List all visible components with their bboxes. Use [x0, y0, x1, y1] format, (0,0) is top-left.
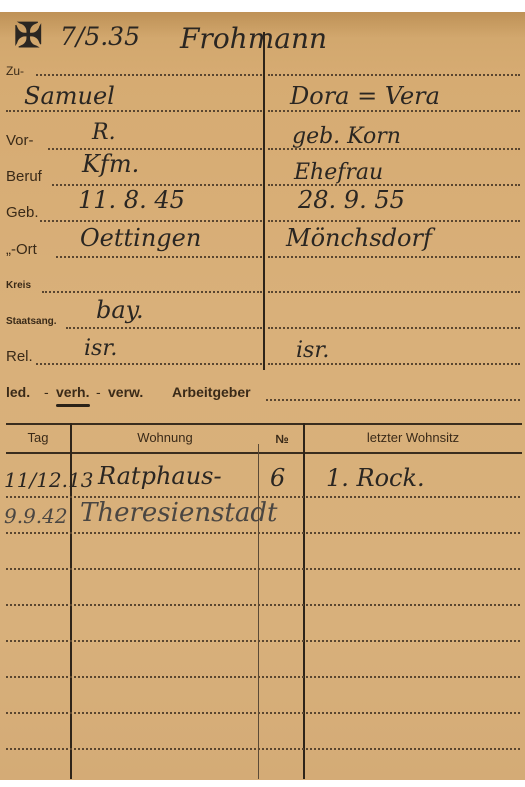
- row1-letzter-wohnsitz: 1. Rock.: [326, 464, 425, 492]
- status-dash: -: [44, 384, 49, 400]
- left-rel: isr.: [84, 336, 117, 361]
- row-dotted-line: [6, 532, 520, 534]
- status-dash: -: [96, 384, 101, 400]
- row2-tag: 9.9.42: [4, 504, 68, 528]
- row-dotted-line: [6, 604, 520, 606]
- dotted-line: [268, 256, 520, 258]
- label-arbeitgeber: Arbeitgeber: [172, 384, 251, 400]
- row-dotted-line: [6, 676, 520, 678]
- label-zu: Zu-: [6, 64, 24, 78]
- label-ort: „-Ort: [6, 241, 37, 258]
- header-number: №: [262, 432, 302, 446]
- right-rel: isr.: [296, 338, 329, 363]
- right-geb: 28. 9. 55: [298, 186, 405, 214]
- right-beruf: Ehefrau: [294, 160, 383, 185]
- row1-tag: 11/12.13: [4, 468, 93, 492]
- row-dotted-line: [6, 568, 520, 570]
- first-name-right: Dora = Vera: [290, 82, 440, 110]
- header-wohnung: Wohnung: [72, 430, 258, 445]
- status-ledig: led.: [6, 384, 30, 400]
- label-beruf: Beruf: [6, 168, 42, 185]
- dotted-line: [268, 363, 520, 365]
- row-dotted-line: [6, 748, 520, 750]
- status-verheiratet: verh.: [56, 384, 89, 400]
- selected-underline: [56, 404, 90, 407]
- dotted-line: [266, 399, 520, 401]
- status-verwitwet: verw.: [108, 384, 143, 400]
- dotted-line: [268, 148, 520, 150]
- left-vor: R.: [92, 120, 116, 145]
- row-dotted-line: [6, 496, 520, 498]
- dotted-line: [268, 291, 520, 293]
- left-geb: 11. 8. 45: [78, 186, 185, 214]
- dotted-line: [36, 74, 262, 76]
- right-ort: Mönchsdorf: [286, 224, 432, 252]
- dotted-line: [268, 327, 520, 329]
- label-kreis: Kreis: [6, 280, 31, 291]
- column-divider: [263, 32, 265, 370]
- column-divider: [303, 423, 305, 779]
- dotted-line: [268, 110, 520, 112]
- table-top-rule: [6, 423, 522, 425]
- table-header-rule: [6, 452, 522, 454]
- dotted-line: [48, 148, 262, 150]
- left-beruf: Kfm.: [82, 150, 139, 178]
- cross-mark-icon: ✠: [14, 16, 43, 56]
- right-vor: geb. Korn: [292, 124, 401, 149]
- label-vor: Vor-: [6, 132, 34, 149]
- row-dotted-line: [6, 712, 520, 714]
- dotted-line: [56, 256, 262, 258]
- dotted-line: [268, 220, 520, 222]
- row1-wohnung: Ratphaus-: [98, 462, 222, 490]
- label-staatsang: Staatsang.: [6, 316, 57, 327]
- header-date: 7/5.35: [60, 22, 140, 51]
- dotted-line: [36, 363, 262, 365]
- dotted-line: [66, 327, 262, 329]
- dotted-line: [40, 220, 262, 222]
- header-tag: Tag: [6, 430, 70, 445]
- dotted-line: [6, 110, 262, 112]
- row1-nr: 6: [270, 464, 285, 492]
- dotted-line: [42, 291, 262, 293]
- first-name-left: Samuel: [24, 82, 115, 110]
- label-geb: Geb.: [6, 204, 39, 221]
- row2-wohnung: Theresienstadt: [80, 498, 277, 528]
- left-staatsang: bay.: [96, 296, 144, 324]
- surname: Frohmann: [180, 22, 327, 55]
- dotted-line: [268, 74, 520, 76]
- label-rel: Rel.: [6, 348, 33, 365]
- registration-card: ✠ 7/5.35 Frohmann Zu- Samuel Dora = Vera…: [0, 12, 525, 780]
- left-ort: Oettingen: [80, 224, 201, 252]
- column-divider: [258, 444, 259, 779]
- row-dotted-line: [6, 640, 520, 642]
- header-letzter-wohnsitz: letzter Wohnsitz: [306, 430, 520, 445]
